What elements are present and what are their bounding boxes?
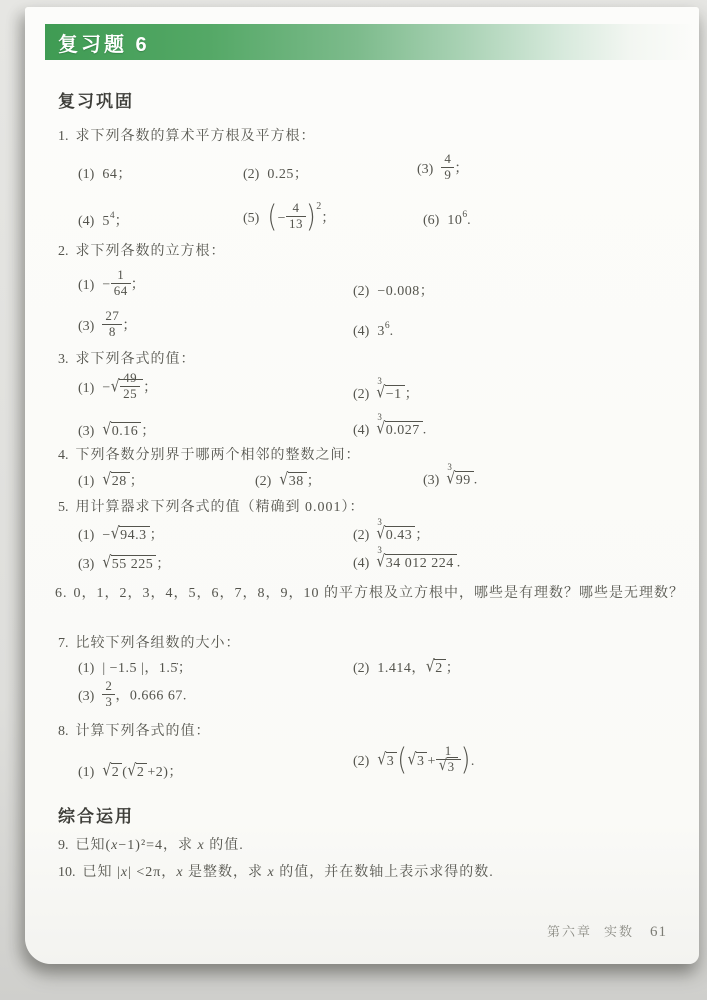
item-3-4: (4)3√0.027. [353,420,427,439]
item-number: (2) [255,474,271,489]
punctuation: ； [141,424,156,439]
punctuation: ； [122,319,137,334]
left-paren: ( [267,202,277,232]
minus-sign: − [102,278,110,293]
item-number: (4) [353,423,369,438]
sqrt-expression: √0.16 [102,424,141,439]
punctuation: ； [115,214,130,229]
problem-number: 8. [58,724,69,739]
radicand: 2 [434,659,446,676]
radical-sign: √ [111,524,120,543]
root-index: 3 [377,376,382,386]
denominator: 13 [286,216,306,232]
exercise-title: 复习题 6 [45,28,150,57]
problem-1-stem: 1.求下列各数的算术平方根及平方根： [58,125,316,145]
item-8-1: (1)√2(√2+2)； [78,761,183,781]
radical-sign: √ [102,553,111,572]
cbrt-expression: √−1 [376,387,404,402]
punctuation: . [474,473,478,488]
problem-text: 下列各数分别界于哪两个相邻的整数之间： [76,448,361,463]
item-3-2: (2)3√−1； [353,383,419,403]
denominator: 9 [441,167,454,183]
problem-text: 求下列各数的算术平方根及平方根： [76,129,316,144]
plus-sign: + [427,754,435,769]
item-1-1: (1)64； [78,163,132,183]
item-number: (1) [78,661,94,676]
punctuation: . [390,324,394,339]
item-2-3: (3)278； [78,311,137,342]
item-5-1: (1)−√94.3； [78,524,164,544]
punctuation: ； [454,162,469,177]
radicand: 0.027 [385,421,423,438]
punctuation: ； [405,387,420,402]
fraction: 164 [111,268,131,299]
radical-sign: √ [102,420,111,439]
item-value: 64； [102,167,132,182]
item-number: (2) [353,387,369,402]
radicand: −1 [385,385,405,402]
problem-text: 的值. [205,838,244,853]
item-number: (3) [423,473,439,488]
variable-x: x [198,838,205,853]
radicand: 3 [416,752,428,769]
item-7-1: (1)| −1.5 |，1.5̇； [78,657,192,677]
item-1-3: (3)49； [417,154,469,185]
problem-number: 10. [58,865,76,880]
minus-sign: − [102,528,110,543]
problem-6: 6.0，1，2，3，4，5，6，7，8，9，10 的平方根及立方根中，哪些是有理… [55,581,705,606]
problem-number: 1. [58,129,69,144]
radicand: 38 [288,472,307,489]
item-1-6: (6)106. [423,210,471,229]
problem-text: 已知( [76,838,112,853]
denominator: 64 [111,283,131,299]
punctuation: ； [131,278,146,293]
right-paren: ) [461,745,471,775]
item-5-3: (3)√55 225； [78,553,171,573]
sqrt-expression: √3 [377,754,397,769]
problem-text: 已知 | [83,865,121,880]
item-number: (1) [78,167,94,182]
radical-sign: √ [127,761,136,780]
problem-10: 10.已知 |x| <2π，x 是整数，求 x 的值，并在数轴上表示求得的数. [58,861,494,881]
radical-sign: √ [439,758,448,776]
radicand: 3 [447,757,458,774]
item-number: (1) [78,474,94,489]
radicand: 94.3 [119,526,150,543]
right-paren: ) [306,202,316,232]
punctuation: ； [415,528,430,543]
page-number: 61 [650,924,667,940]
root-index: 3 [377,412,382,422]
sqrt-expression: √38 [279,474,306,489]
problem-number: 5. [58,500,69,515]
item-2-1: (1)−164； [78,270,145,301]
problem-number: 3. [58,352,69,367]
problem-text: 求下列各式的值： [76,352,196,367]
item-value: −0.008； [377,284,434,299]
sqrt-expression: √28 [102,474,129,489]
punctuation: . [471,754,475,769]
item-number: (4) [78,214,94,229]
sqrt-expression: √94.3 [111,528,150,543]
item-number: (3) [78,557,94,572]
radicand: 99 [455,471,474,488]
left-paren: ( [397,745,407,775]
item-3-1: (1)−√4925； [78,373,158,404]
radicand: 4925 [119,379,143,396]
item-number: (2) [353,528,369,543]
variable-x: x [121,865,128,880]
cbrt-expression: √0.027 [376,423,422,438]
radicand: 2 [111,763,123,780]
sqrt-expression: √4925 [111,381,143,396]
item-number: (3) [417,162,433,177]
problem-text: 用计算器求下列各式的值（精确到 0.001）： [76,500,365,515]
fraction: 4925 [120,371,140,402]
textbook-scan: { "glyphs": { "sqrt": "√", "lparen": "("… [0,0,707,1000]
chapter-title: 实数 [604,924,634,939]
item-number: (2) [243,167,259,182]
root-index: 3 [447,462,452,472]
chapter-number: 第六章 [547,924,592,939]
sqrt-expression: √2 [127,765,147,780]
numerator: 4 [286,201,306,216]
problem-text: 求下列各数的立方根： [76,244,226,259]
punctuation: ； [321,211,336,226]
item-number: (3) [78,424,94,439]
fraction: 1√3 [436,744,461,776]
problem-number: 4. [58,448,69,463]
problem-7-stem: 7.比较下列各组数的大小： [58,632,241,652]
numerator: 49 [120,371,140,386]
problem-5-stem: 5.用计算器求下列各式的值（精确到 0.001）： [58,496,365,516]
minus-sign: − [102,381,110,396]
problem-number: 6. [55,586,68,601]
denominator: 25 [120,386,140,402]
item-number: (1) [78,278,94,293]
base: 5 [102,214,110,229]
radical-sign: √ [408,750,417,769]
base: 10 [447,213,462,228]
item-1-4: (4)54； [78,210,129,230]
punctuation: . [457,556,461,571]
radical-sign: √ [377,750,386,769]
cbrt-expression: √0.43 [376,528,415,543]
exercise-banner: 复习题 6 [45,24,695,60]
item-7-3: (3)23，0.666 67. [78,681,187,712]
item-number: (2) [353,284,369,299]
item-value: 1.414， [377,661,426,676]
radical-sign: √ [111,377,120,396]
item-number: (3) [78,319,94,334]
radicand: 28 [111,472,130,489]
punctuation: ； [143,381,158,396]
fraction: 23 [102,679,115,710]
root-index: 3 [377,517,382,527]
radicand: 3 [386,752,398,769]
base: 3 [377,324,385,339]
item-number: (6) [423,213,439,228]
sqrt-expression: √2 [102,765,122,780]
punctuation: ； [150,528,165,543]
book-page: 复习题 6 复习巩固 1.求下列各数的算术平方根及平方根： (1)64； (2)… [25,7,699,964]
radical-sign: √ [426,657,435,676]
fraction: 49 [441,152,454,183]
punctuation: ； [130,474,145,489]
numerator: 2 [102,679,115,694]
problem-text: 比较下列各组数的大小： [76,636,241,651]
item-number: (2) [353,661,369,676]
problem-9: 9.已知(x−1)²=4，求 x 的值. [58,834,244,854]
variable-x: x [176,865,183,880]
item-4-2: (2)√38； [255,470,321,490]
problem-text: 是整数，求 [184,865,268,880]
fraction: 278 [102,309,122,340]
punctuation: . [423,423,427,438]
problem-text: 0，1，2，3，4，5，6，7，8，9，10 的平方根及立方根中，哪些是有理数？… [74,586,685,601]
denominator: 8 [102,324,122,340]
punctuation: . [467,213,471,228]
radicand: 0.43 [385,526,416,543]
minus-sign: − [278,211,286,226]
item-value: +2)； [147,765,183,780]
radical-sign: √ [102,470,111,489]
page-footer: 第六章实数61 [547,921,667,941]
punctuation: ； [446,661,461,676]
numerator: 27 [102,309,122,324]
item-value: ，0.666 67. [115,689,187,704]
item-7-2: (2)1.414，√2； [353,657,460,677]
problem-number: 7. [58,636,69,651]
problem-2-stem: 2.求下列各数的立方根： [58,240,226,260]
denominator: √3 [436,759,461,776]
punctuation: ； [156,557,171,572]
radical-sign: √ [279,470,288,489]
item-number: (1) [78,381,94,396]
item-5-2: (2)3√0.43； [353,524,430,544]
item-number: (1) [78,765,94,780]
cbrt-expression: √34 012 224 [376,556,456,571]
radicand: 55 225 [111,555,157,572]
sqrt-expression: √2 [426,661,446,676]
item-number: (1) [78,528,94,543]
problem-number: 2. [58,244,69,259]
item-value: | −1.5 |，1.5̇； [102,661,192,676]
item-number: (3) [78,689,94,704]
item-2-4: (4)36. [353,321,394,340]
section-heading-comprehensive: 综合运用 [58,802,134,827]
fraction: 413 [286,201,306,232]
item-number: (4) [353,324,369,339]
item-2-2: (2)−0.008； [353,280,434,300]
radicand: 0.16 [111,422,142,439]
problem-text: 的值，并在数轴上表示求得的数. [275,865,494,880]
root-index: 3 [377,545,382,555]
radicand: 34 012 224 [385,554,457,571]
section-heading-review: 复习巩固 [58,87,134,112]
problem-text: | <2π， [128,865,176,880]
numerator: 1 [111,268,131,283]
problem-4-stem: 4.下列各数分别界于哪两个相邻的整数之间： [58,444,361,464]
sqrt-expression: √3 [439,759,458,774]
item-number: (2) [353,754,369,769]
item-1-5: (5)(−413)2； [243,201,336,234]
sqrt-expression: √3 [408,754,428,769]
item-number: (4) [353,556,369,571]
sqrt-expression: √55 225 [102,557,156,572]
item-1-2: (2)0.25； [243,163,308,183]
item-4-3: (3)3√99. [423,470,478,489]
problem-text: 计算下列各式的值： [76,724,211,739]
radicand: 2 [136,763,148,780]
punctuation: ； [307,474,322,489]
problem-number: 9. [58,838,69,853]
radical-sign: √ [102,761,111,780]
numerator: 4 [441,152,454,167]
problem-text: −1)²=4，求 [118,838,197,853]
item-value: 0.25； [267,167,308,182]
item-4-1: (1)√28； [78,470,144,490]
problem-8-stem: 8.计算下列各式的值： [58,720,211,740]
problem-3-stem: 3.求下列各式的值： [58,348,196,368]
item-number: (5) [243,211,259,226]
cbrt-expression: √99 [446,473,473,488]
item-3-3: (3)√0.16； [78,420,156,440]
denominator: 3 [102,694,115,710]
item-5-4: (4)3√34 012 224. [353,553,461,572]
item-8-2: (2)√3(√3+1√3). [353,746,475,778]
variable-x: x [268,865,275,880]
